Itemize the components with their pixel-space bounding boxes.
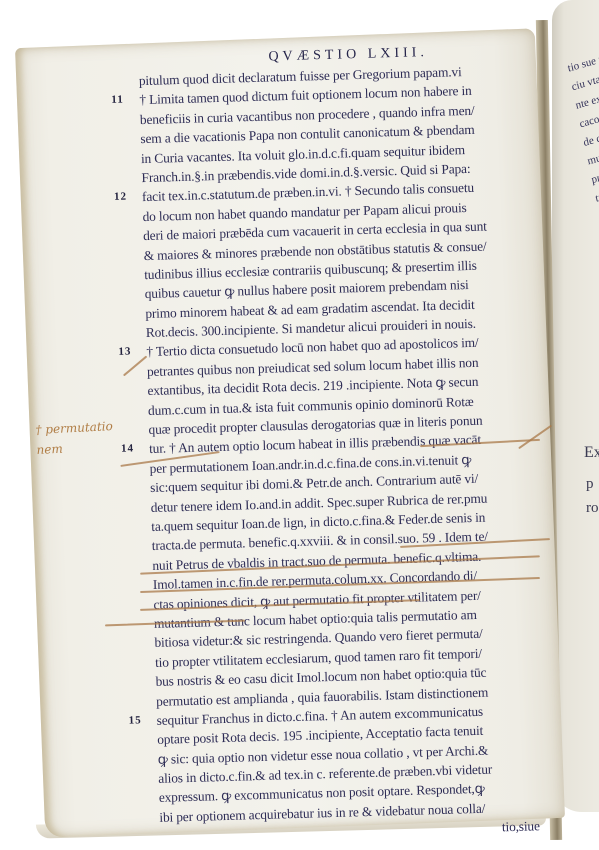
facing-page-subline: ro [586,500,599,517]
paragraph-number: 15 [128,711,142,731]
page-content: QVÆSTIO LXIII. pitulum quod dicit declar… [108,40,570,848]
paragraph-number: 13 [118,343,132,363]
text-block: pitulum quod dicit declaratum fuisse per… [109,60,570,848]
margin-annotation-line: nem [36,436,114,460]
line-text: tio,siue [502,818,540,834]
margin-annotation-line: † permutatio [35,416,113,440]
paragraph-number: 11 [111,91,124,111]
paragraph-number: 12 [114,188,128,208]
facing-page-heading: Exc [584,444,599,462]
margin-annotation: † permutatio nem [35,416,114,460]
facing-page-subline: p [586,476,594,493]
paragraph-number: 14 [121,440,135,460]
